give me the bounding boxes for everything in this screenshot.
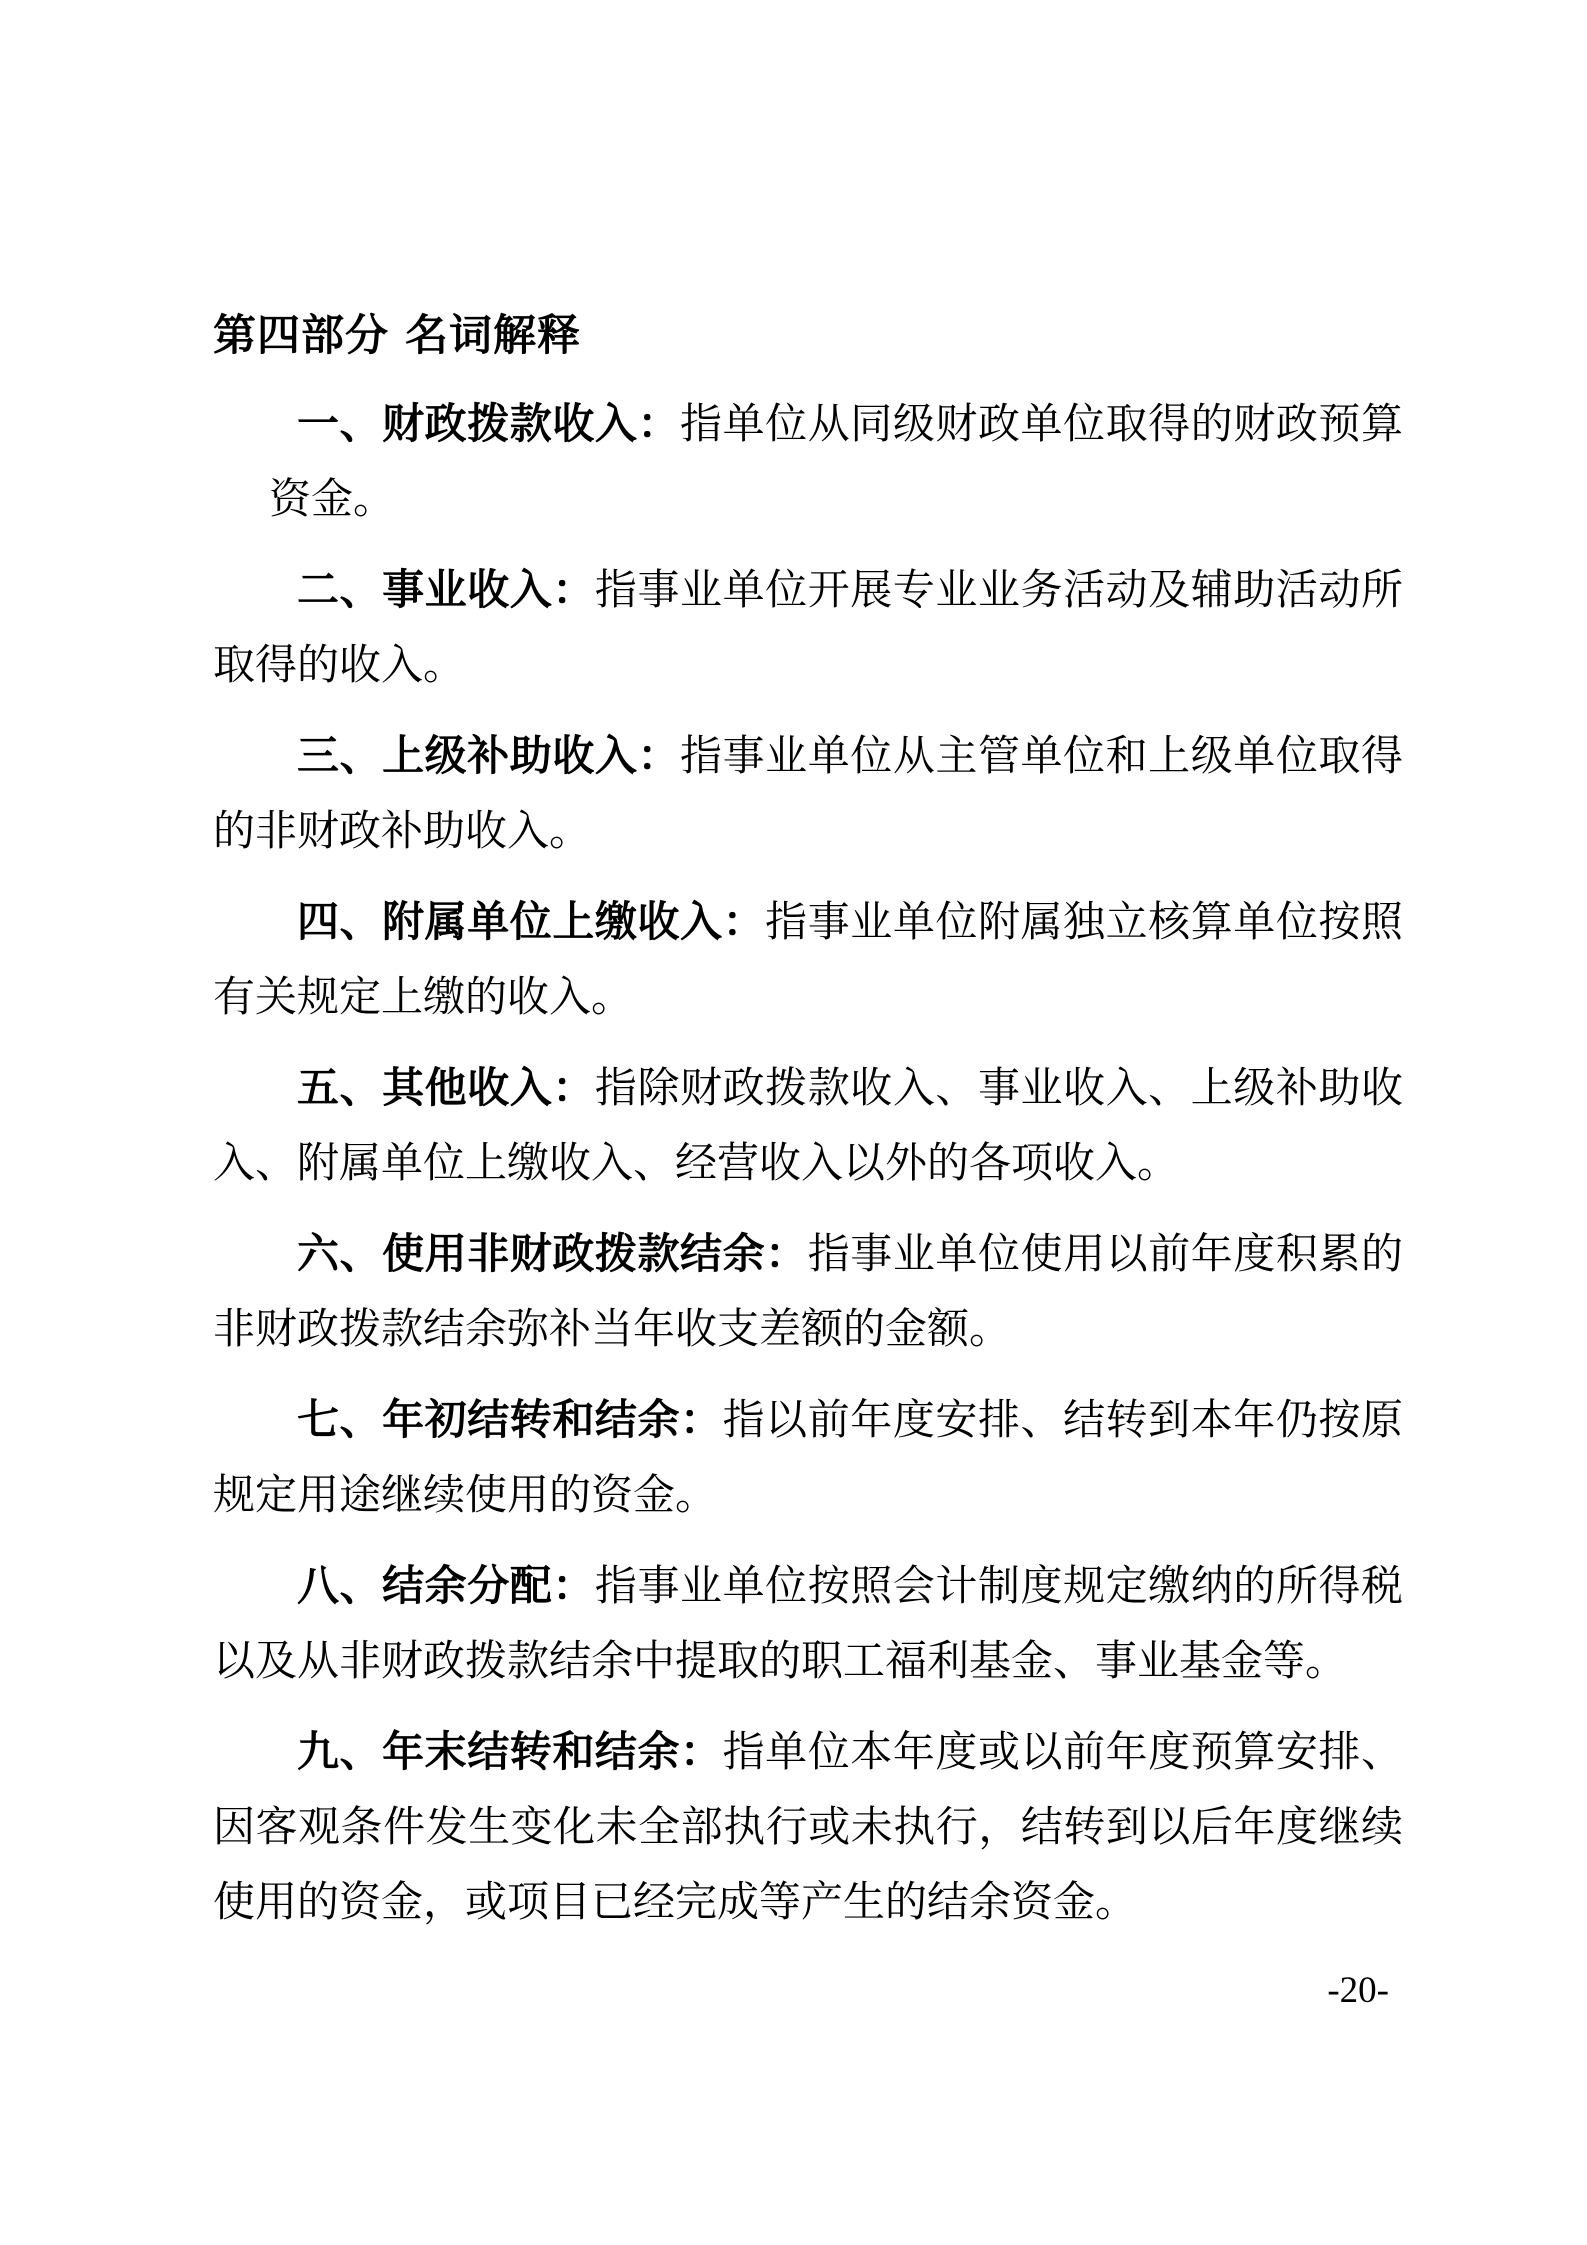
glossary-term-5: 五、其他收入：指除财政拨款收入、事业收入、上级补助收 入、附属单位上缴收入、经营…: [213, 1052, 1403, 1202]
glossary-term-6: 六、使用非财政拨款结余：指事业单位使用以前年度积累的 非财政拨款结余弥补当年收支…: [213, 1218, 1403, 1368]
glossary-term-8: 八、结余分配：指事业单位按照会计制度规定缴纳的所得税 以及从非财政拨款结余中提取…: [213, 1550, 1403, 1700]
glossary-line: 有关规定上缴的收入。: [213, 961, 1403, 1036]
definition-text: 指以前年度安排、结转到本年仍按原: [723, 1398, 1403, 1444]
glossary-line: 六、使用非财政拨款结余：指事业单位使用以前年度积累的: [213, 1218, 1403, 1293]
glossary-line: 七、年初结转和结余：指以前年度安排、结转到本年仍按原: [213, 1384, 1403, 1459]
term-label: 六、使用非财政拨款结余：: [297, 1232, 808, 1278]
definition-text: 指事业单位开展专业业务活动及辅助活动所: [595, 568, 1403, 614]
definition-text: 指事业单位按照会计制度规定缴纳的所得税: [595, 1564, 1403, 1610]
glossary-term-1: 一、财政拨款收入：指单位从同级财政单位取得的财政预算 资金。: [213, 388, 1403, 538]
definition-text: 资金。: [269, 477, 395, 523]
page-title: 第四部分 名词解释: [213, 310, 1403, 362]
definition-text: 指单位从同级财政单位取得的财政预算: [680, 402, 1403, 448]
definition-text: 非财政拨款结余弥补当年收支差额的金额。: [213, 1307, 1011, 1353]
term-label: 一、财政拨款收入：: [297, 402, 680, 448]
definition-text: 指除财政拨款收入、事业收入、上级补助收: [595, 1066, 1403, 1112]
glossary-line: 取得的收入。: [213, 629, 1403, 704]
glossary-line: 的非财政补助收入。: [213, 795, 1403, 870]
definition-text: 以及从非财政拨款结余中提取的职工福利基金、事业基金等。: [213, 1639, 1347, 1685]
glossary-line: 四、附属单位上缴收入：指事业单位附属独立核算单位按照: [213, 886, 1403, 961]
page-number: -20-: [213, 1969, 1403, 2013]
glossary-line: 入、附属单位上缴收入、经营收入以外的各项收入。: [213, 1127, 1403, 1202]
glossary-term-3: 三、上级补助收入：指事业单位从主管单位和上级单位取得 的非财政补助收入。: [213, 720, 1403, 870]
glossary-line: 八、结余分配：指事业单位按照会计制度规定缴纳的所得税: [213, 1550, 1403, 1625]
term-label: 五、其他收入：: [297, 1066, 595, 1112]
glossary-line: 五、其他收入：指除财政拨款收入、事业收入、上级补助收: [213, 1052, 1403, 1127]
glossary-line: 规定用途继续使用的资金。: [213, 1459, 1403, 1534]
glossary-term-4: 四、附属单位上缴收入：指事业单位附属独立核算单位按照 有关规定上缴的收入。: [213, 886, 1403, 1036]
term-label: 二、事业收入：: [297, 568, 595, 614]
glossary-line: 二、事业收入：指事业单位开展专业业务活动及辅助活动所: [213, 554, 1403, 629]
term-label: 三、上级补助收入：: [297, 734, 680, 780]
definition-text: 入、附属单位上缴收入、经营收入以外的各项收入。: [213, 1141, 1179, 1187]
glossary-section: 一、财政拨款收入：指单位从同级财政单位取得的财政预算 资金。 二、事业收入：指事…: [213, 388, 1403, 1941]
glossary-line: 一、财政拨款收入：指单位从同级财政单位取得的财政预算: [213, 388, 1403, 463]
definition-text: 指事业单位使用以前年度积累的: [808, 1232, 1403, 1278]
definition-text: 的非财政补助收入。: [213, 809, 591, 855]
definition-text: 规定用途继续使用的资金。: [213, 1473, 717, 1519]
term-label: 四、附属单位上缴收入：: [297, 900, 765, 946]
definition-text: 因客观条件发生变化未全部执行或未执行，结转到以后年度继续: [213, 1805, 1403, 1851]
glossary-line: 三、上级补助收入：指事业单位从主管单位和上级单位取得: [213, 720, 1403, 795]
definition-text: 指事业单位附属独立核算单位按照: [765, 900, 1403, 946]
term-label: 七、年初结转和结余：: [297, 1398, 723, 1444]
glossary-line: 资金。: [213, 463, 1403, 538]
glossary-line: 因客观条件发生变化未全部执行或未执行，结转到以后年度继续: [213, 1791, 1403, 1866]
definition-text: 取得的收入。: [213, 643, 465, 689]
definition-text: 指事业单位从主管单位和上级单位取得: [680, 734, 1403, 780]
glossary-line: 以及从非财政拨款结余中提取的职工福利基金、事业基金等。: [213, 1625, 1403, 1700]
term-label: 八、结余分配：: [297, 1564, 595, 1610]
definition-text: 使用的资金，或项目已经完成等产生的结余资金。: [213, 1880, 1137, 1926]
glossary-line: 非财政拨款结余弥补当年收支差额的金额。: [213, 1293, 1403, 1368]
glossary-line: 九、年末结转和结余：指单位本年度或以前年度预算安排、: [213, 1716, 1403, 1791]
glossary-term-2: 二、事业收入：指事业单位开展专业业务活动及辅助活动所 取得的收入。: [213, 554, 1403, 704]
glossary-line: 使用的资金，或项目已经完成等产生的结余资金。: [213, 1866, 1403, 1941]
document-page: 第四部分 名词解释 一、财政拨款收入：指单位从同级财政单位取得的财政预算 资金。…: [0, 0, 1587, 2245]
glossary-term-9: 九、年末结转和结余：指单位本年度或以前年度预算安排、 因客观条件发生变化未全部执…: [213, 1716, 1403, 1941]
glossary-term-7: 七、年初结转和结余：指以前年度安排、结转到本年仍按原 规定用途继续使用的资金。: [213, 1384, 1403, 1534]
definition-text: 指单位本年度或以前年度预算安排、: [723, 1730, 1403, 1776]
definition-text: 有关规定上缴的收入。: [213, 975, 633, 1021]
term-label: 九、年末结转和结余：: [297, 1730, 723, 1776]
